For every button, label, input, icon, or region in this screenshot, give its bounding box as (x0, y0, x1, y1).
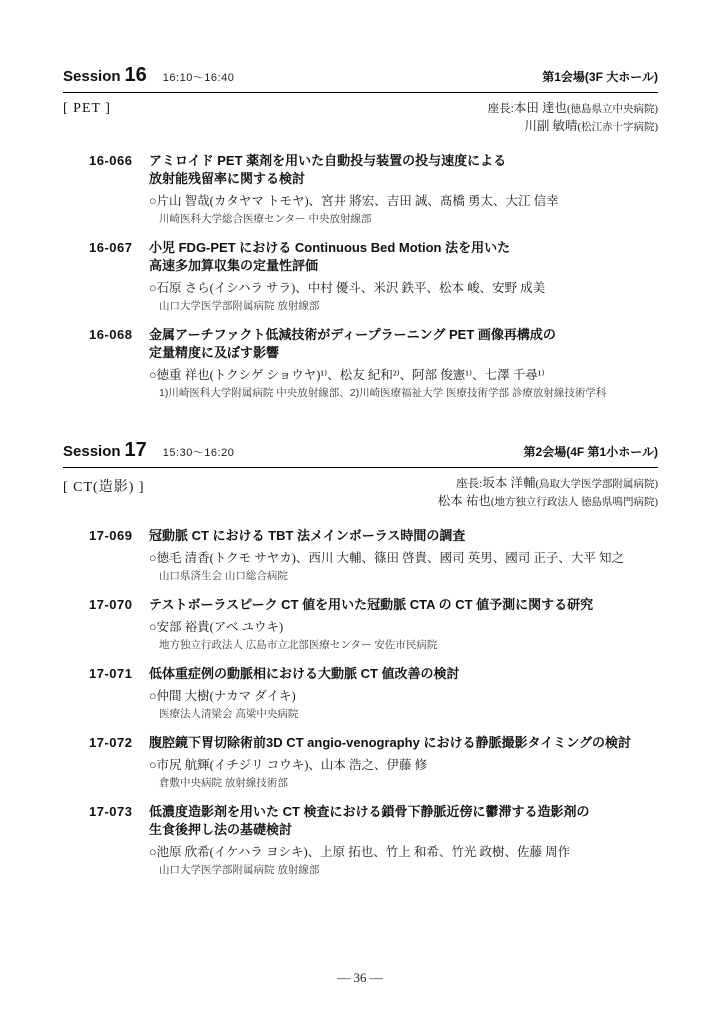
session-subheader: [ CT(造影) ] 座長:坂本 洋輔(鳥取大学医学部附属病院) 松本 祐也(地… (63, 475, 658, 511)
session-category: [ CT(造影) ] (63, 475, 145, 511)
chair-affiliation: (地方独立行政法人 徳島県鳴門病院) (491, 497, 658, 508)
program-page: Session 16 16:10〜16:40 第1会場(3F 大ホール) [ P… (0, 0, 720, 1018)
entry-title-line: テストボーラスピーク CT 値を用いた冠動脈 CTA の CT 値予測に関する研… (149, 596, 658, 614)
entry-code: 17-073 (89, 803, 149, 878)
entry-body: 冠動脈 CT における TBT 法メインボーラス時間の調査 ○徳毛 清香(トクモ… (149, 527, 658, 584)
chair-label: 座長: (488, 103, 514, 115)
session-number: 17 (125, 439, 147, 462)
entry-title-line: 高速多加算収集の定量性評価 (149, 257, 658, 275)
entry-title-line: 定量精度に及ぼす影響 (149, 344, 658, 362)
entry-title: アミロイド PET 薬剤を用いた自動投与装置の投与速度による 放射能残留率に関す… (149, 152, 658, 188)
program-entry: 17-073 低濃度造影剤を用いた CT 検査における鎖骨下静脈近傍に鬱滞する造… (63, 803, 658, 878)
entry-title-line: アミロイド PET 薬剤を用いた自動投与装置の投与速度による (149, 152, 658, 170)
page-number: — 36 — (0, 970, 720, 986)
session-header: Session 16 16:10〜16:40 第1会場(3F 大ホール) (63, 64, 658, 93)
chair-affiliation: (徳島県立中央病院) (567, 104, 658, 115)
session-time: 15:30〜16:20 (163, 444, 235, 460)
entry-title-line: 放射能残留率に関する検討 (149, 170, 658, 188)
session-chairs: 座長:坂本 洋輔(鳥取大学医学部附属病院) 松本 祐也(地方独立行政法人 徳島県… (438, 475, 658, 511)
entry-body: 金属アーチファクト低減技術がディープラーニング PET 画像再構成の 定量精度に… (149, 326, 658, 401)
entry-title: テストボーラスピーク CT 値を用いた冠動脈 CTA の CT 値予測に関する研… (149, 596, 658, 614)
entry-title-line: 冠動脈 CT における TBT 法メインボーラス時間の調査 (149, 527, 658, 545)
chair-affiliation: (松江赤十字病院) (578, 122, 659, 133)
entry-affiliation: 地方独立行政法人 広島市立北部医療センター 安佐市民病院 (149, 638, 658, 653)
chair-line: 川副 敏晴(松江赤十字病院) (488, 118, 658, 136)
entry-authors: ○仲間 大樹(ナカマ ダイキ) (149, 687, 658, 705)
entry-authors: ○徳重 祥也(トクシゲ ショウヤ)¹⁾、松友 紀和²⁾、阿部 俊憲¹⁾、七澤 千… (149, 366, 658, 384)
program-entry: 16-068 金属アーチファクト低減技術がディープラーニング PET 画像再構成… (63, 326, 658, 401)
entry-affiliation: 山口大学医学部附属病院 放射線部 (149, 863, 658, 878)
entry-authors: ○安部 裕貴(アベ ユウキ) (149, 618, 658, 636)
chair-name: 本田 達也 (514, 101, 567, 115)
chair-label: 座長: (456, 478, 482, 490)
entry-body: 低体重症例の動脈相における大動脈 CT 値改善の検討 ○仲間 大樹(ナカマ ダイ… (149, 665, 658, 722)
chair-name: 松本 祐也 (438, 494, 491, 508)
entry-code: 16-068 (89, 326, 149, 401)
program-entry: 17-072 腹腔鏡下胃切除術前3D CT angio-venography に… (63, 734, 658, 791)
entry-code: 17-072 (89, 734, 149, 791)
entry-body: 腹腔鏡下胃切除術前3D CT angio-venography における静脈撮影… (149, 734, 658, 791)
session-chairs: 座長:本田 達也(徳島県立中央病院) 川副 敏晴(松江赤十字病院) (488, 100, 658, 136)
entry-affiliation: 1)川崎医科大学附属病院 中央放射線部、2)川崎医療福祉大学 医療技術学部 診療… (149, 386, 658, 401)
entries-list: 17-069 冠動脈 CT における TBT 法メインボーラス時間の調査 ○徳毛… (63, 527, 658, 878)
session-venue: 第2会場(4F 第1小ホール) (524, 443, 658, 460)
entry-code: 16-067 (89, 239, 149, 314)
entry-title: 冠動脈 CT における TBT 法メインボーラス時間の調査 (149, 527, 658, 545)
entry-code: 17-071 (89, 665, 149, 722)
program-entry: 17-071 低体重症例の動脈相における大動脈 CT 値改善の検討 ○仲間 大樹… (63, 665, 658, 722)
entries-list: 16-066 アミロイド PET 薬剤を用いた自動投与装置の投与速度による 放射… (63, 152, 658, 401)
entry-authors: ○片山 智哉(カタヤマ トモヤ)、宮井 將宏、吉田 誠、髙橋 勇太、大江 信幸 (149, 192, 658, 210)
session-venue: 第1会場(3F 大ホール) (542, 68, 658, 85)
entry-title: 小児 FDG-PET における Continuous Bed Motion 法を… (149, 239, 658, 275)
session-number: 16 (125, 64, 147, 87)
session-header: Session 17 15:30〜16:20 第2会場(4F 第1小ホール) (63, 439, 658, 468)
entry-title-line: 小児 FDG-PET における Continuous Bed Motion 法を… (149, 239, 658, 257)
chair-line: 座長:坂本 洋輔(鳥取大学医学部附属病院) (438, 475, 658, 493)
entry-body: 低濃度造影剤を用いた CT 検査における鎖骨下静脈近傍に鬱滞する造影剤の 生食後… (149, 803, 658, 878)
session-label: Session (63, 443, 121, 460)
entry-body: アミロイド PET 薬剤を用いた自動投与装置の投与速度による 放射能残留率に関す… (149, 152, 658, 227)
entry-code: 17-069 (89, 527, 149, 584)
entry-body: 小児 FDG-PET における Continuous Bed Motion 法を… (149, 239, 658, 314)
session-16: Session 16 16:10〜16:40 第1会場(3F 大ホール) [ P… (63, 64, 658, 401)
program-entry: 16-066 アミロイド PET 薬剤を用いた自動投与装置の投与速度による 放射… (63, 152, 658, 227)
session-subheader: [ PET ] 座長:本田 達也(徳島県立中央病院) 川副 敏晴(松江赤十字病院… (63, 100, 658, 136)
session-label: Session (63, 68, 121, 85)
entry-affiliation: 山口県済生会 山口総合病院 (149, 569, 658, 584)
entry-title: 腹腔鏡下胃切除術前3D CT angio-venography における静脈撮影… (149, 734, 658, 752)
chair-name: 川副 敏晴 (524, 119, 577, 133)
entry-title-line: 生食後押し法の基礎検討 (149, 821, 658, 839)
entry-code: 17-070 (89, 596, 149, 653)
program-entry: 16-067 小児 FDG-PET における Continuous Bed Mo… (63, 239, 658, 314)
entry-affiliation: 倉敷中央病院 放射線技術部 (149, 776, 658, 791)
session-category: [ PET ] (63, 100, 111, 136)
entry-title-line: 低体重症例の動脈相における大動脈 CT 値改善の検討 (149, 665, 658, 683)
entry-title: 低体重症例の動脈相における大動脈 CT 値改善の検討 (149, 665, 658, 683)
chair-affiliation: (鳥取大学医学部附属病院) (536, 479, 659, 490)
entry-code: 16-066 (89, 152, 149, 227)
entry-authors: ○市尻 航輝(イチジリ コウキ)、山本 浩之、伊藤 修 (149, 756, 658, 774)
entry-affiliation: 川崎医科大学総合医療センター 中央放射線部 (149, 212, 658, 227)
entry-body: テストボーラスピーク CT 値を用いた冠動脈 CTA の CT 値予測に関する研… (149, 596, 658, 653)
entry-affiliation: 医療法人清梁会 高梁中央病院 (149, 707, 658, 722)
chair-name: 坂本 洋輔 (482, 476, 535, 490)
entry-title-line: 腹腔鏡下胃切除術前3D CT angio-venography における静脈撮影… (149, 734, 658, 752)
entry-title: 金属アーチファクト低減技術がディープラーニング PET 画像再構成の 定量精度に… (149, 326, 658, 362)
page-content: Session 16 16:10〜16:40 第1会場(3F 大ホール) [ P… (63, 64, 658, 890)
session-17: Session 17 15:30〜16:20 第2会場(4F 第1小ホール) [… (63, 439, 658, 878)
chair-line: 松本 祐也(地方独立行政法人 徳島県鳴門病院) (438, 493, 658, 511)
entry-affiliation: 山口大学医学部附属病院 放射線部 (149, 299, 658, 314)
program-entry: 17-070 テストボーラスピーク CT 値を用いた冠動脈 CTA の CT 値… (63, 596, 658, 653)
session-time: 16:10〜16:40 (163, 69, 235, 85)
entry-title: 低濃度造影剤を用いた CT 検査における鎖骨下静脈近傍に鬱滞する造影剤の 生食後… (149, 803, 658, 839)
entry-authors: ○池原 欣希(イケハラ ヨシキ)、上原 拓也、竹上 和希、竹光 政樹、佐藤 周作 (149, 843, 658, 861)
entry-title-line: 金属アーチファクト低減技術がディープラーニング PET 画像再構成の (149, 326, 658, 344)
entry-authors: ○石原 さら(イシハラ サラ)、中村 優斗、米沢 鉄平、松本 峻、安野 成美 (149, 279, 658, 297)
entry-title-line: 低濃度造影剤を用いた CT 検査における鎖骨下静脈近傍に鬱滞する造影剤の (149, 803, 658, 821)
entry-authors: ○徳毛 清香(トクモ サヤカ)、西川 大輔、篠田 啓貴、國司 英男、國司 正子、… (149, 549, 658, 567)
chair-line: 座長:本田 達也(徳島県立中央病院) (488, 100, 658, 118)
program-entry: 17-069 冠動脈 CT における TBT 法メインボーラス時間の調査 ○徳毛… (63, 527, 658, 584)
